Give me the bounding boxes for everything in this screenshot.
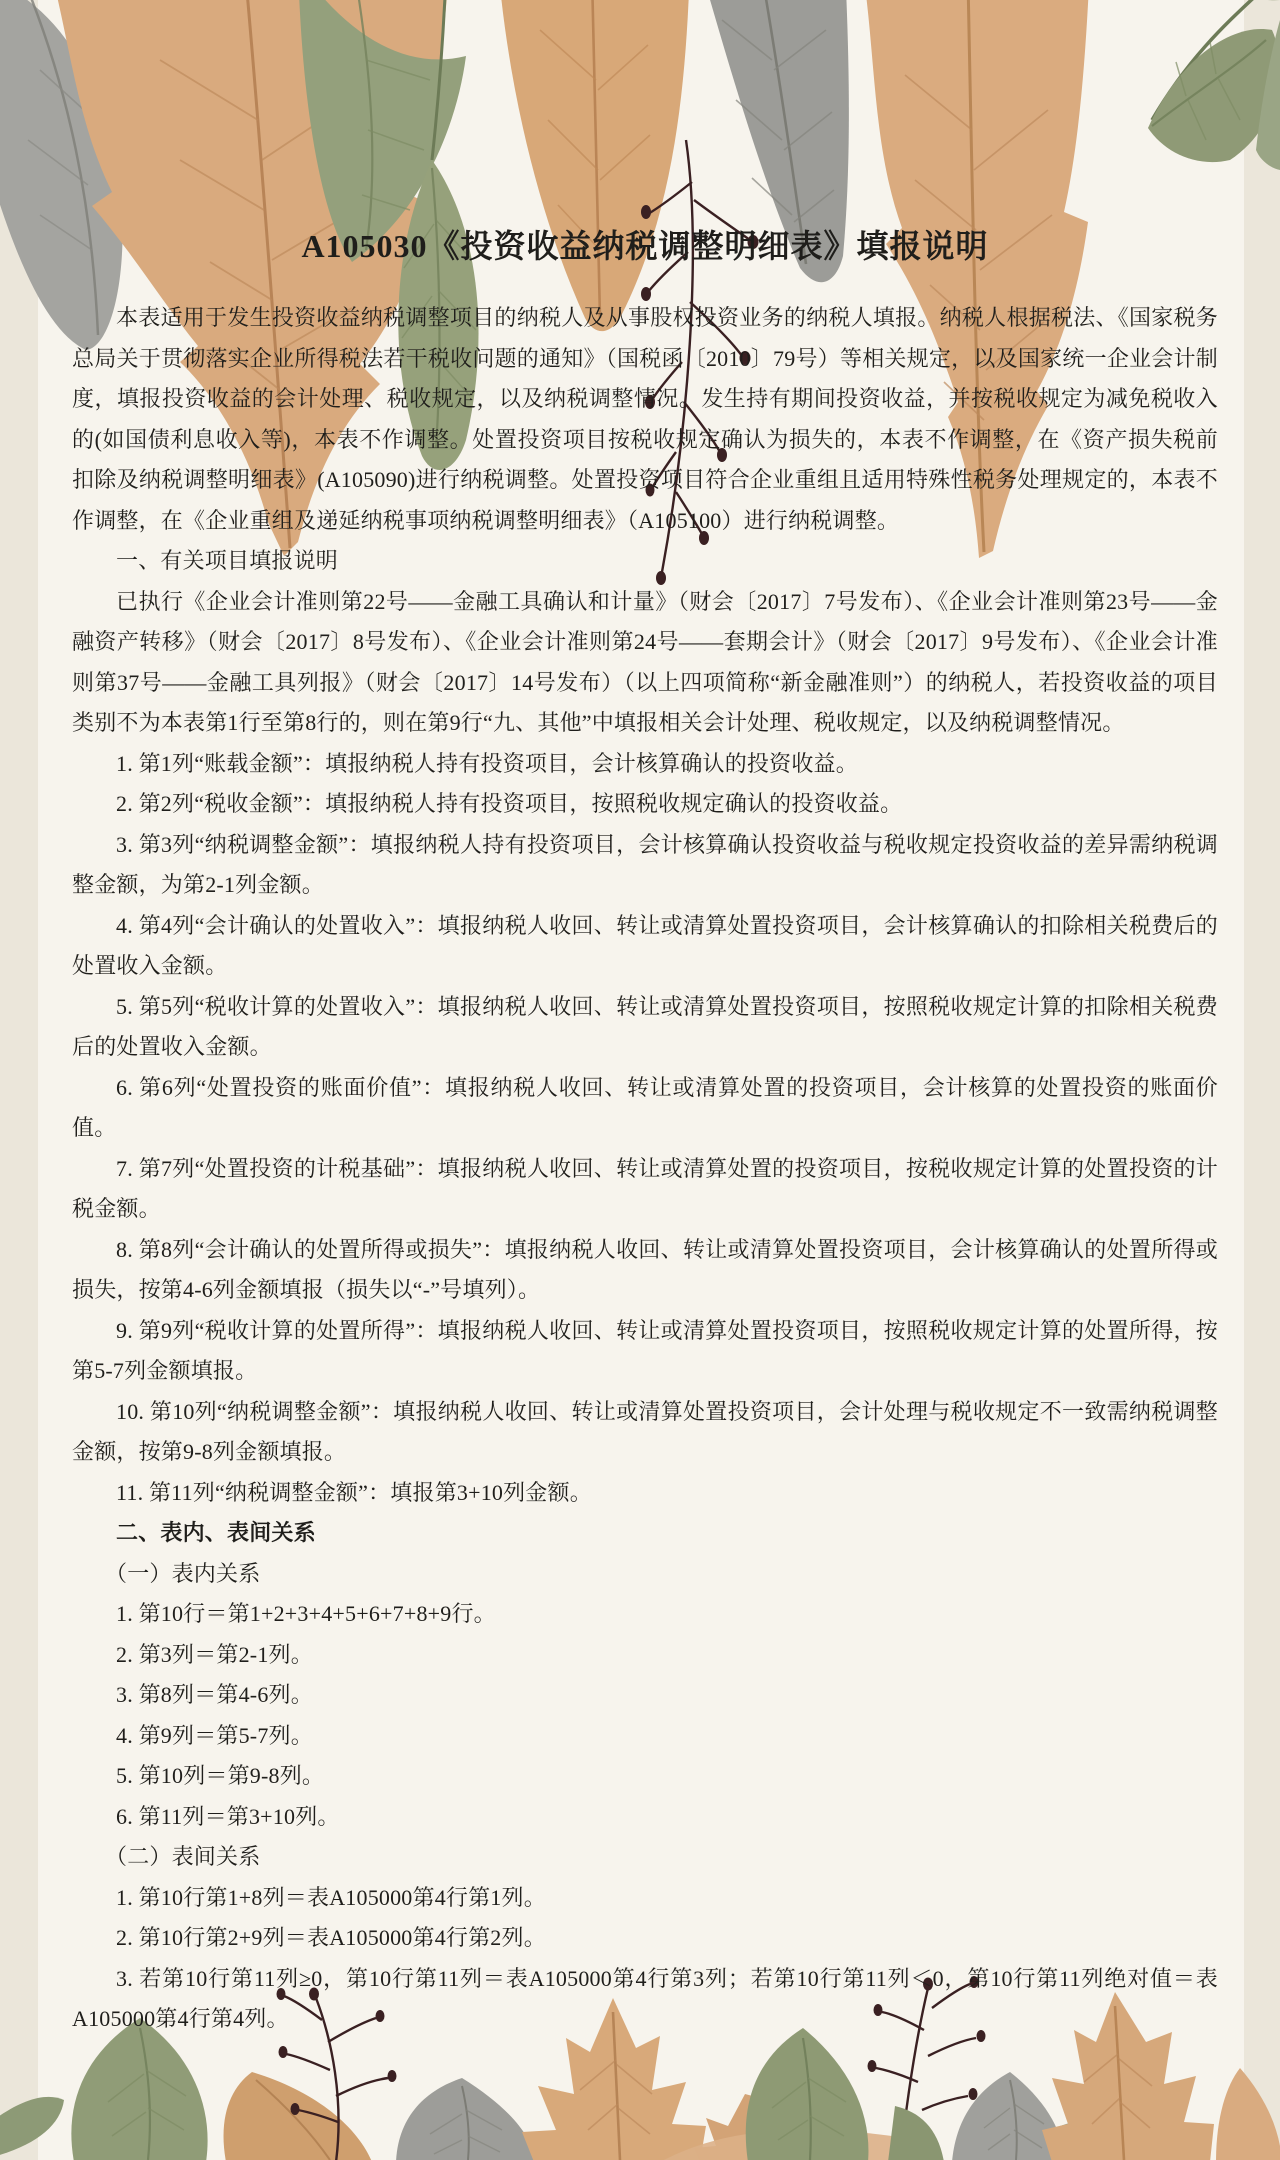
paragraph-25: 2. 第10行第2+9列＝表A105000第4行第2列。	[72, 1918, 1218, 1959]
paragraph-3: 已执行《企业会计准则第22号——金融工具确认和计量》（财会〔2017〕7号发布）…	[72, 582, 1218, 744]
paragraph-24: 1. 第10行第1+8列＝表A105000第4行第1列。	[72, 1878, 1218, 1919]
green-leaf-right-edge	[1256, 20, 1280, 170]
paragraph-19: 3. 第8列＝第4-6列。	[72, 1675, 1218, 1716]
paragraph-13: 10. 第10列“纳税调整金额”：填报纳税人收回、转让或清算处置投资项目，会计处…	[72, 1392, 1218, 1473]
paragraph-22: 6. 第11列＝第3+10列。	[72, 1797, 1218, 1838]
document-content: A105030《投资收益纳税调整明细表》填报说明 本表适用于发生投资收益纳税调整…	[72, 224, 1218, 2040]
paragraph-7: 4. 第4列“会计确认的处置收入”：填报纳税人收回、转让或清算处置投资项目，会计…	[72, 906, 1218, 987]
paragraph-14: 11. 第11列“纳税调整金额”：填报第3+10列金额。	[72, 1473, 1218, 1514]
paragraph-4: 1. 第1列“账载金额”：填报纳税人持有投资项目，会计核算确认的投资收益。	[72, 744, 1218, 785]
paragraph-1: 本表适用于发生投资收益纳税调整项目的纳税人及从事股权投资业务的纳税人填报。纳税人…	[72, 298, 1218, 541]
paragraph-10: 7. 第7列“处置投资的计税基础”：填报纳税人收回、转让或清算处置的投资项目，按…	[72, 1149, 1218, 1230]
document-paragraphs: 本表适用于发生投资收益纳税调整项目的纳税人及从事股权投资业务的纳税人填报。纳税人…	[72, 298, 1218, 2040]
paragraph-20: 4. 第9列＝第5-7列。	[72, 1716, 1218, 1757]
paragraph-18: 2. 第3列＝第2-1列。	[72, 1635, 1218, 1676]
paragraph-12: 9. 第9列“税收计算的处置所得”：填报纳税人收回、转让或清算处置投资项目，按照…	[72, 1311, 1218, 1392]
paragraph-5: 2. 第2列“税收金额”：填报纳税人持有投资项目，按照税收规定确认的投资收益。	[72, 784, 1218, 825]
document-title: A105030《投资收益纳税调整明细表》填报说明	[72, 224, 1218, 268]
paragraph-6: 3. 第3列“纳税调整金额”：填报纳税人持有投资项目，会计核算确认投资收益与税收…	[72, 825, 1218, 906]
paragraph-15: 二、表内、表间关系	[72, 1513, 1218, 1554]
paragraph-21: 5. 第10列＝第9-8列。	[72, 1756, 1218, 1797]
paragraph-11: 8. 第8列“会计确认的处置所得或损失”：填报纳税人收回、转让或清算处置投资项目…	[72, 1230, 1218, 1311]
paragraph-16: （一）表内关系	[72, 1554, 1218, 1595]
paragraph-26: 3. 若第10行第11列≥0，第10行第11列＝表A105000第4行第3列；若…	[72, 1959, 1218, 2040]
paragraph-9: 6. 第6列“处置投资的账面价值”：填报纳税人收回、转让或清算处置的投资项目，会…	[72, 1068, 1218, 1149]
paragraph-8: 5. 第5列“税收计算的处置收入”：填报纳税人收回、转让或清算处置投资项目，按照…	[72, 987, 1218, 1068]
paragraph-2: 一、有关项目填报说明	[72, 541, 1218, 582]
paragraph-17: 1. 第10行＝第1+2+3+4+5+6+7+8+9行。	[72, 1594, 1218, 1635]
paragraph-23: （二）表间关系	[72, 1837, 1218, 1878]
